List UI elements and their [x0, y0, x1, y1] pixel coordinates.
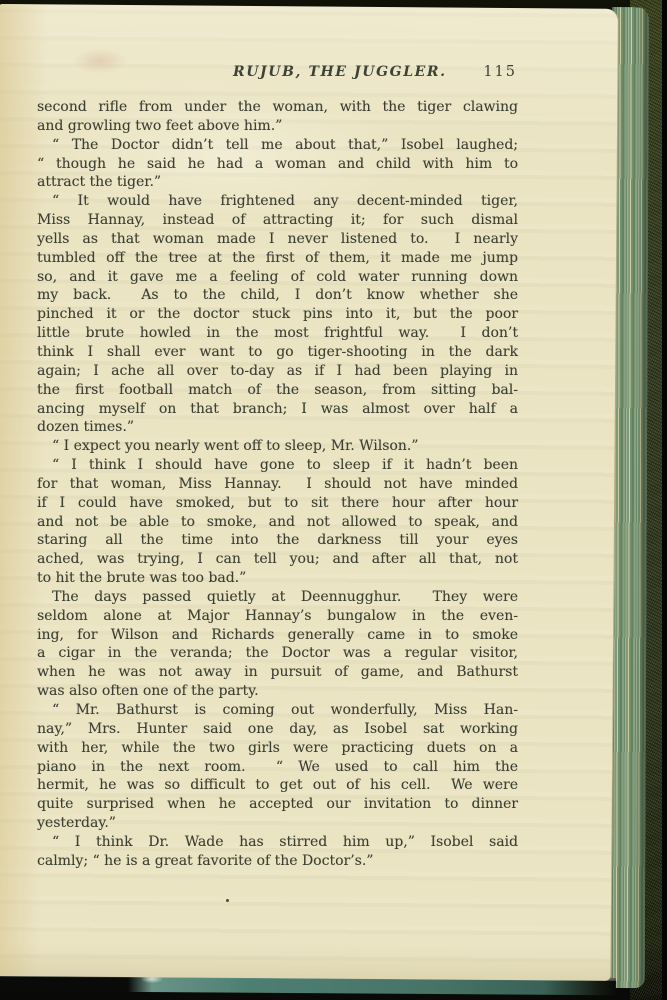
- text-line: little brute howled in the most frightfu…: [37, 324, 518, 343]
- text-line: “ Mr. Bathurst is coming out wonderfully…: [37, 701, 518, 720]
- book-title-header: RUJUB, THE JUGGLER.: [233, 64, 447, 80]
- text-line: staring all the time into the darkness t…: [37, 531, 518, 550]
- text-line: yells as that woman made I never listene…: [37, 230, 518, 249]
- text-line: “ I think Dr. Wade has stirred him up,” …: [37, 833, 518, 852]
- text-line: “ I think I should have gone to sleep if…: [37, 456, 518, 475]
- text-line: second rifle from under the woman, with …: [37, 98, 518, 117]
- text-line: calmly; “ he is a great favorite of the …: [37, 852, 518, 871]
- text-line: nay,” Mrs. Hunter said one day, as Isobe…: [37, 720, 518, 739]
- text-line: “ I expect you nearly went off to sleep,…: [37, 437, 518, 456]
- text-line: with her, while the two girls were pract…: [37, 739, 518, 758]
- text-line: attract the tiger.”: [37, 173, 518, 192]
- text-line: “ It would have frightened any decent-mi…: [37, 192, 518, 211]
- text-line: Miss Hannay, instead of attracting it; f…: [37, 211, 518, 230]
- text-line: to hit the brute was too bad.”: [37, 569, 518, 588]
- text-line: hermit, he was so difficult to get out o…: [37, 776, 518, 795]
- text-line: again; I ache all over to-day as if I ha…: [37, 362, 518, 381]
- text-line: tumbled off the tree at the first of the…: [37, 249, 518, 268]
- text-line: was also often one of the party.: [37, 682, 518, 701]
- text-line: quite surprised when he accepted our inv…: [37, 795, 518, 814]
- text-line: pinched it or the doctor stuck pins into…: [37, 305, 518, 324]
- book-scan-page: RUJUB, THE JUGGLER. 115 second rifle fro…: [0, 0, 667, 1000]
- text-line: The days passed quietly at Deennugghur. …: [37, 588, 518, 607]
- text-line: ached, was trying, I can tell you; and a…: [37, 550, 518, 569]
- text-block: second rifle from under the woman, with …: [37, 98, 518, 871]
- text-line: my back. As to the child, I don’t know w…: [37, 286, 518, 305]
- text-line: seldom alone at Major Hannay’s bungalow …: [37, 607, 518, 626]
- page-number: 115: [483, 64, 517, 80]
- text-line: “ though he said he had a woman and chil…: [37, 155, 518, 174]
- text-line: think I shall ever want to go tiger-shoo…: [37, 343, 518, 362]
- text-line: ing, for Wilson and Richards generally c…: [37, 626, 518, 645]
- text-line: piano in the next room. “ We used to cal…: [37, 758, 518, 777]
- text-line: yesterday.”: [37, 814, 518, 833]
- text-line: and growling two feet above him.”: [37, 117, 518, 136]
- text-line: for that woman, Miss Hannay. I should no…: [37, 475, 518, 494]
- text-line: dozen times.”: [37, 418, 518, 437]
- text-line: a cigar in the veranda; the Doctor was a…: [37, 644, 518, 663]
- running-header: RUJUB, THE JUGGLER. 115: [37, 64, 518, 84]
- text-line: and not be able to smoke, and not allowe…: [37, 513, 518, 532]
- text-line: the first football match of the season, …: [37, 381, 518, 400]
- text-line: “ The Doctor didn’t tell me about that,”…: [37, 136, 518, 155]
- text-line: ancing myself on that branch; I was almo…: [37, 400, 518, 419]
- text-line: when he was not away in pursuit of game,…: [37, 663, 518, 682]
- ink-dot-artifact: [226, 899, 229, 902]
- text-line: so, and it gave me a feeling of cold wat…: [37, 268, 518, 287]
- text-line: if I could have smoked, but to sit there…: [37, 494, 518, 513]
